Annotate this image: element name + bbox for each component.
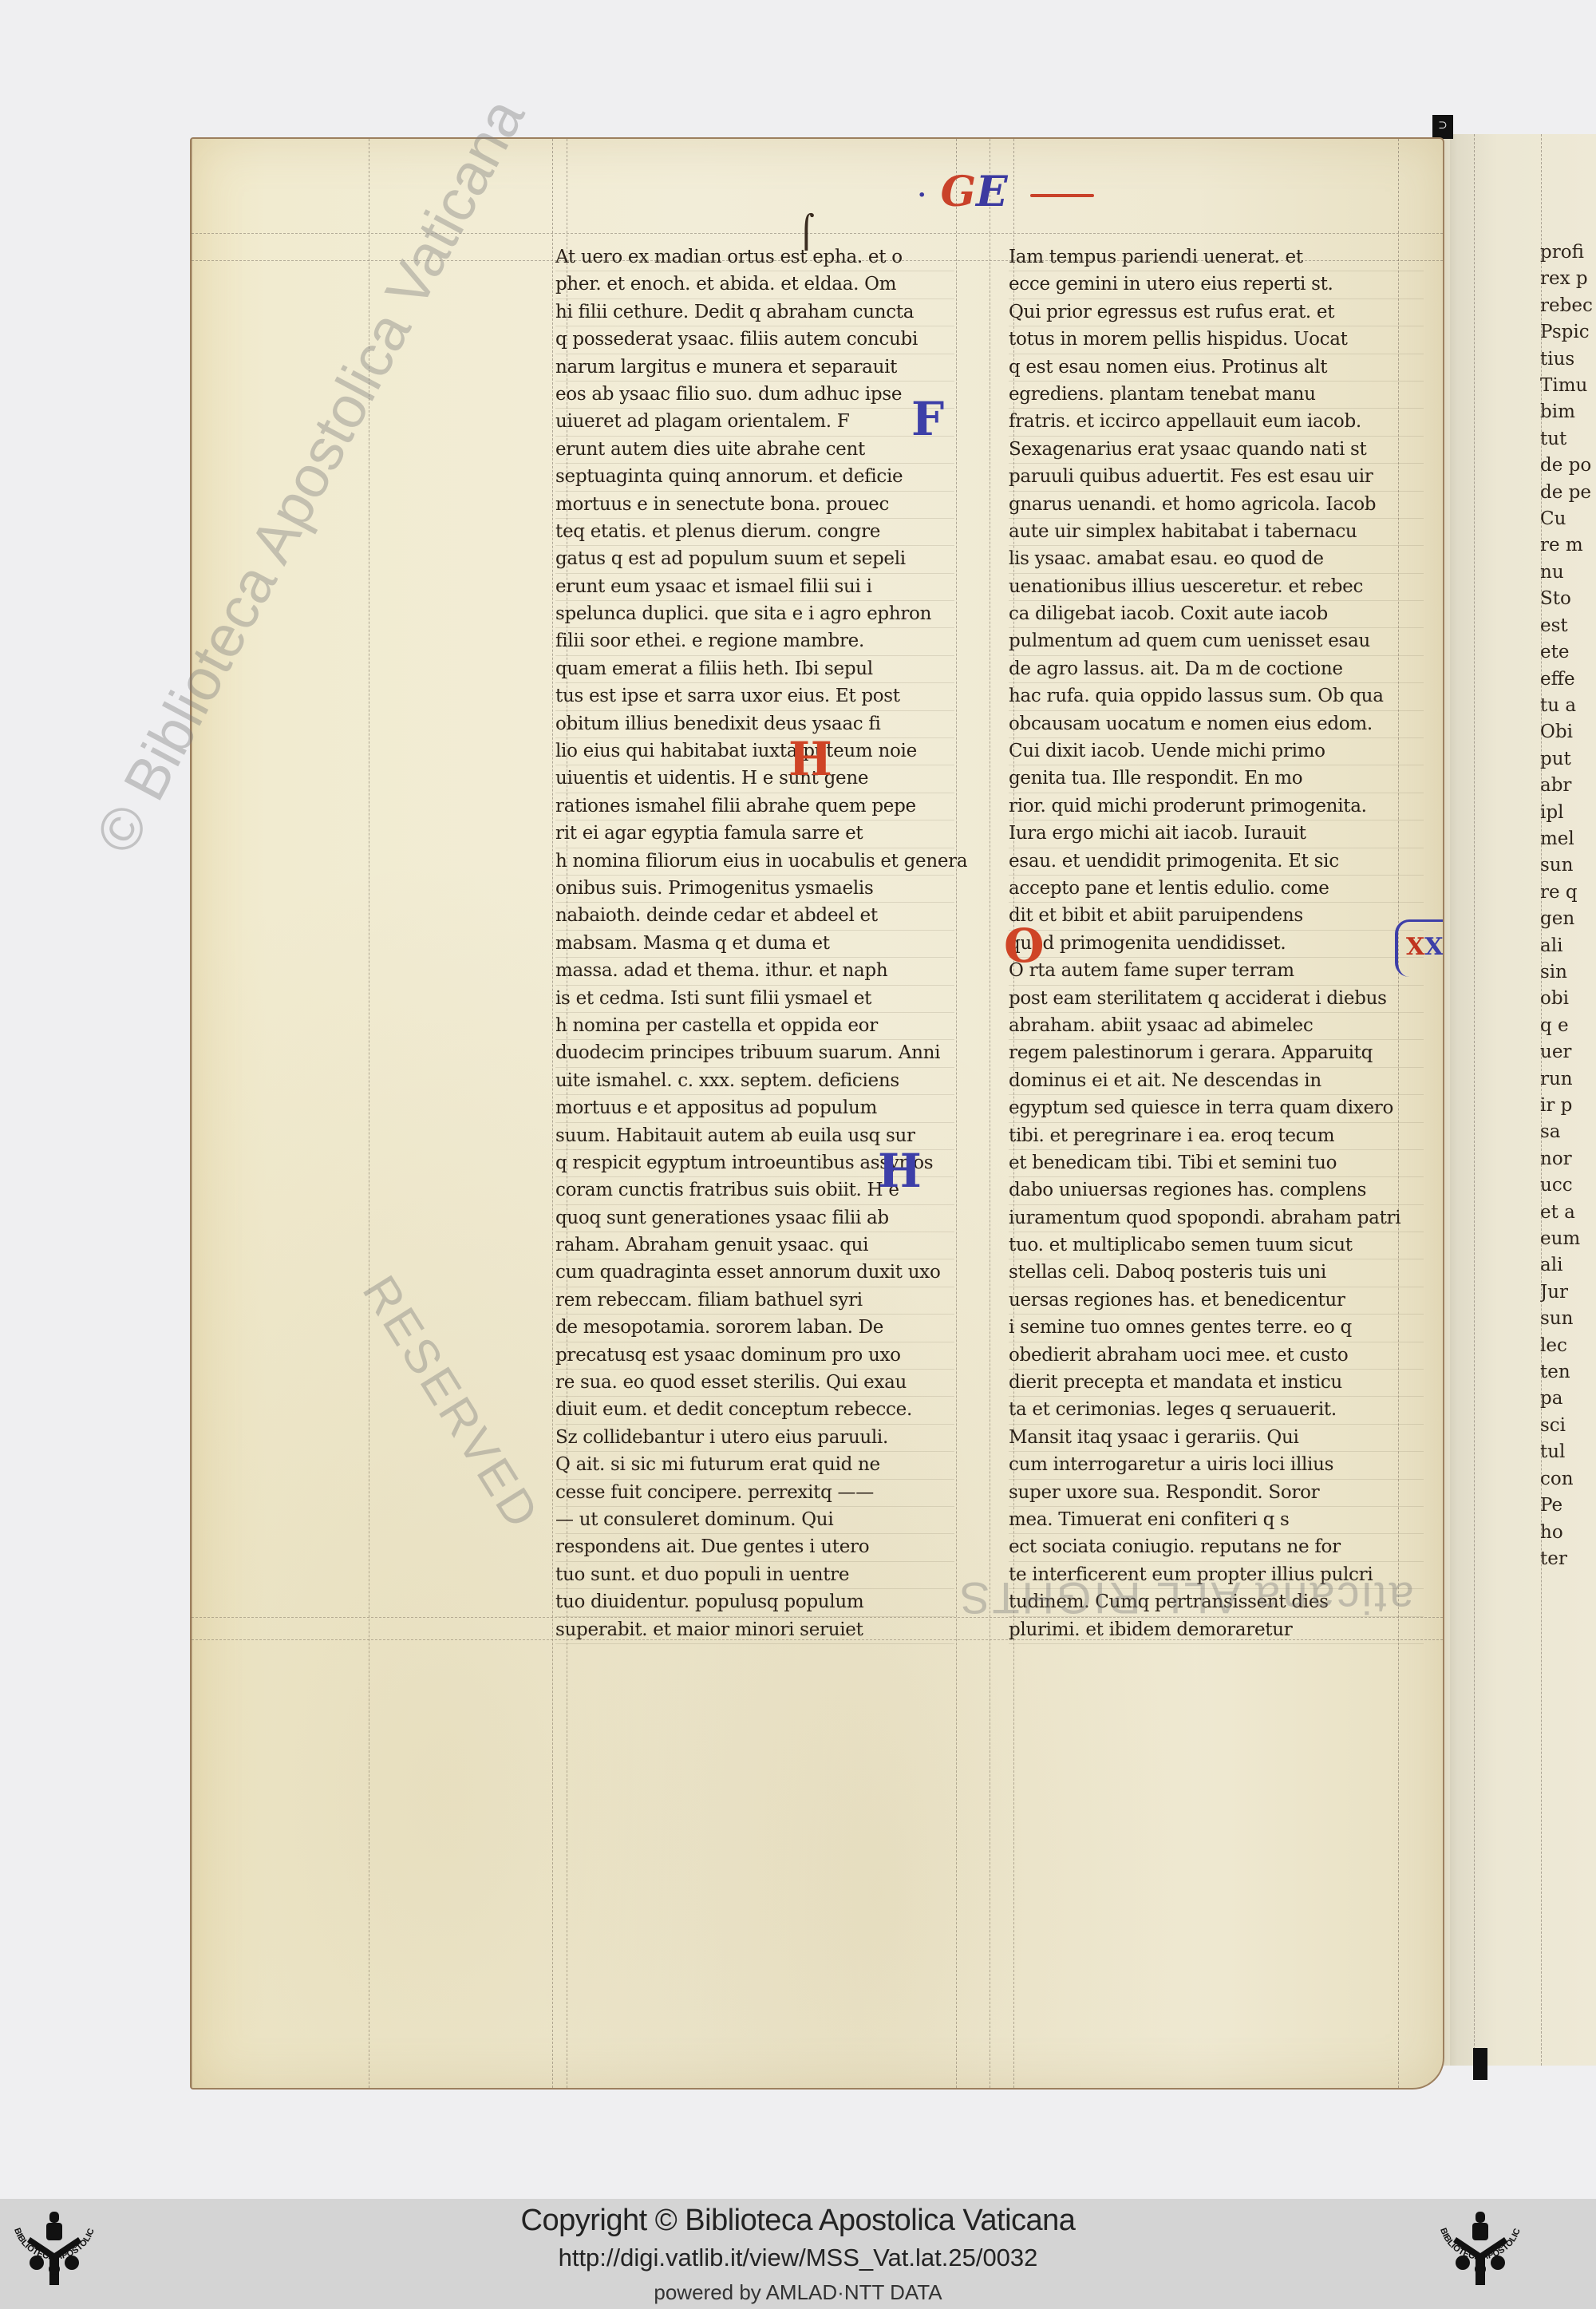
header-flourish xyxy=(1030,194,1094,197)
header-blue-letter: E xyxy=(976,168,1008,216)
facing-text-fragment: tu a xyxy=(1540,693,1596,719)
text-line: ta et cerimonias. leges q seruauerit. xyxy=(1009,1397,1424,1424)
text-line: de mesopotamia. sororem laban. De xyxy=(555,1315,954,1342)
facing-text-fragment: uer xyxy=(1540,1039,1596,1066)
text-line: tuo sunt. et duo populi in uentre xyxy=(555,1562,954,1589)
facing-text-fragment: tul xyxy=(1540,1439,1596,1465)
facing-text-fragment: sci xyxy=(1540,1413,1596,1439)
text-line: plurimi. et ibidem demoraretur xyxy=(1009,1617,1424,1644)
facing-text-fragment: gen xyxy=(1540,906,1596,932)
facing-text-fragment: con xyxy=(1540,1466,1596,1493)
facing-page-text: profirex prebecPspictiusTimubimtutde pod… xyxy=(1540,239,1596,1572)
text-line: Iura ergo michi ait iacob. Iurauit xyxy=(1009,820,1424,848)
text-line: de agro lassus. ait. Da m de coctione xyxy=(1009,656,1424,683)
text-line: tus est ipse et sarra uxor eius. Et post xyxy=(555,683,954,710)
text-line: cum quadraginta esset annorum duxit uxo xyxy=(555,1259,954,1287)
text-line: rior. quid michi proderunt primogenita. xyxy=(1009,793,1424,820)
copyright-footer: BIBLIOTECA APOSTOLICA VATICANA Copyright… xyxy=(0,2199,1596,2309)
facing-text-fragment: Cu xyxy=(1540,506,1596,532)
facing-text-fragment: Obi xyxy=(1540,719,1596,745)
text-column-right: Iam tempus pariendi uenerat. etecce gemi… xyxy=(1009,244,1424,1644)
text-line: uite ismahel. c. xxx. septem. deficiens xyxy=(555,1068,954,1095)
text-line: ecce gemini in utero eius reperti st. xyxy=(1009,271,1424,299)
chapter-mark-red: X xyxy=(1406,933,1424,961)
text-line: respondens ait. Due gentes i utero xyxy=(555,1534,954,1561)
text-line: narum largitus e munera et separauit xyxy=(555,354,954,382)
text-line: At uero ex madian ortus est epha. et o xyxy=(555,244,954,271)
text-line: rem rebeccam. filiam bathuel syri xyxy=(555,1287,954,1315)
text-line: abraham. abiit ysaac ad abimelec xyxy=(1009,1013,1424,1040)
text-line: Mansit itaq ysaac i gerariis. Qui xyxy=(1009,1425,1424,1452)
text-line: mabsam. Masma q et duma et xyxy=(555,931,954,958)
facing-text-fragment: re q xyxy=(1540,880,1596,906)
text-line: spelunca duplici. que sita e i agro ephr… xyxy=(555,601,954,628)
text-line: pher. et enoch. et abida. et eldaa. Om xyxy=(555,271,954,299)
facing-text-fragment: sun xyxy=(1540,852,1596,879)
text-line: dabo uniuersas regiones has. complens xyxy=(1009,1177,1424,1204)
facing-text-fragment: profi xyxy=(1540,239,1596,266)
text-line: ca diligebat iacob. Coxit aute iacob xyxy=(1009,601,1424,628)
text-line: cum interrogaretur a uiris loci illius xyxy=(1009,1452,1424,1479)
text-line: massa. adad et thema. ithur. et naph xyxy=(555,958,954,985)
header-dot: · xyxy=(918,181,926,209)
text-line: mortuus e in senectute bona. prouec xyxy=(555,492,954,519)
ruling-line xyxy=(369,139,369,2088)
text-line: filii soor ethei. e regione mambre. xyxy=(555,628,954,655)
running-header: · GE xyxy=(918,168,1094,216)
text-line: genita tua. Ille respondit. En mo xyxy=(1009,765,1424,793)
text-line: Qui prior egressus est rufus erat. et xyxy=(1009,299,1424,326)
facing-text-fragment: de pe xyxy=(1540,480,1596,506)
text-line: erunt eum ysaac et ismael filii sui i xyxy=(555,574,954,601)
facing-text-fragment: nu xyxy=(1540,559,1596,586)
text-line: i semine tuo omnes gentes terre. eo q xyxy=(1009,1315,1424,1342)
text-line: iuramentum quod spopondi. abraham patri xyxy=(1009,1205,1424,1232)
text-line: cesse fuit concipere. perrexitq —— xyxy=(555,1480,954,1507)
ruling-line xyxy=(552,139,553,2088)
initial-h-red: H xyxy=(788,736,832,782)
facing-text-fragment: Pspic xyxy=(1540,319,1596,346)
text-line: obedierit abraham uoci mee. et custo xyxy=(1009,1342,1424,1370)
ruling-line xyxy=(1474,134,1475,2066)
facing-text-fragment: tius xyxy=(1540,346,1596,373)
chapter-number-mark: XX xyxy=(1395,919,1443,977)
text-line: quod primogenita uendidisset. xyxy=(1009,931,1424,958)
facing-text-fragment: ipl xyxy=(1540,800,1596,826)
text-line: dierit precepta et mandata et insticu xyxy=(1009,1370,1424,1397)
folio-tab-bottom xyxy=(1473,2048,1487,2080)
text-line: onibus suis. Primogenitus ysmaelis xyxy=(555,876,954,903)
facing-text-fragment: tut xyxy=(1540,426,1596,453)
text-line: tudinem. Cumq pertransissent dies xyxy=(1009,1589,1424,1616)
vatican-library-logo-right: BIBLIOTECA APOSTOLICA VATICANA xyxy=(1432,2205,1528,2303)
facing-text-fragment: sun xyxy=(1540,1306,1596,1332)
text-line: uiueret ad plagam orientalem. F xyxy=(555,409,954,436)
text-line: — ut consuleret dominum. Qui xyxy=(555,1507,954,1534)
facing-text-fragment: ucc xyxy=(1540,1172,1596,1199)
text-line: te interficerent eum propter illius pulc… xyxy=(1009,1562,1424,1589)
ruling-line xyxy=(192,139,192,2088)
facing-text-fragment: ali xyxy=(1540,933,1596,959)
facing-text-fragment: et a xyxy=(1540,1200,1596,1226)
text-line: super uxore sua. Respondit. Soror xyxy=(1009,1480,1424,1507)
text-line: duodecim principes tribuum suarum. Anni xyxy=(555,1040,954,1067)
text-line: tuo diuidentur. populusq populum xyxy=(555,1589,954,1616)
facing-text-fragment: obi xyxy=(1540,986,1596,1012)
text-line: O rta autem fame super terram xyxy=(1009,958,1424,985)
text-column-left: At uero ex madian ortus est epha. et oph… xyxy=(555,244,954,1644)
text-line: q est esau nomen eius. Protinus alt xyxy=(1009,354,1424,382)
text-line: fratris. et iccirco appellauit eum iacob… xyxy=(1009,409,1424,436)
text-line: hac rufa. quia oppido lassus sum. Ob qua xyxy=(1009,683,1424,710)
initial-h-blue: H xyxy=(878,1148,922,1194)
text-line: raham. Abraham genuit ysaac. qui xyxy=(555,1232,954,1259)
text-line: pulmentum ad quem cum uenisset esau xyxy=(1009,628,1424,655)
text-line: diuit eum. et dedit conceptum rebecce. xyxy=(555,1397,954,1424)
facing-text-fragment: effe xyxy=(1540,666,1596,693)
facing-text-fragment: est xyxy=(1540,613,1596,639)
text-line: obcausam uocatum e nomen eius edom. xyxy=(1009,711,1424,738)
facing-text-fragment: Timu xyxy=(1540,373,1596,399)
chapter-mark-blue: X xyxy=(1424,933,1443,961)
text-line: uersas regiones has. et benedicentur xyxy=(1009,1287,1424,1315)
facing-text-fragment: Sto xyxy=(1540,586,1596,612)
text-line: Cui dixit iacob. Uende michi primo xyxy=(1009,738,1424,765)
facing-text-fragment: sa xyxy=(1540,1119,1596,1145)
image-viewer[interactable]: profirex prebecPspictiusTimubimtutde pod… xyxy=(0,0,1596,2199)
text-line: lis ysaac. amabat esau. eo quod de xyxy=(1009,546,1424,573)
text-line: uenationibus illius uesceretur. et rebec xyxy=(1009,574,1424,601)
text-line: superabit. et maior minori seruiet xyxy=(555,1617,954,1644)
initial-f-blue: F xyxy=(911,396,944,442)
text-line: stellas celi. Daboq posteris tuis uni xyxy=(1009,1259,1424,1287)
facing-text-fragment: bim xyxy=(1540,399,1596,425)
text-line: eos ab ysaac filio suo. dum adhuc ipse xyxy=(555,382,954,409)
facing-text-fragment: ten xyxy=(1540,1359,1596,1386)
ruling-line xyxy=(956,139,957,2088)
text-line: gnarus uenandi. et homo agricola. Iacob xyxy=(1009,492,1424,519)
text-line: rit ei agar egyptia famula sarre et xyxy=(555,820,954,848)
text-line: lio eius qui habitabat iuxta puteum noie xyxy=(555,738,954,765)
facing-text-fragment: abr xyxy=(1540,773,1596,799)
text-line: septuaginta quinq annorum. et deficie xyxy=(555,464,954,491)
ruling-line xyxy=(990,139,990,2088)
facing-text-fragment: lec xyxy=(1540,1333,1596,1359)
facing-text-fragment: q e xyxy=(1540,1013,1596,1039)
text-line: uiuentis et uidentis. H e sunt gene xyxy=(555,765,954,793)
text-line: quoq sunt generationes ysaac filii ab xyxy=(555,1205,954,1232)
text-line: erunt autem dies uite abrahe cent xyxy=(555,437,954,464)
facing-text-fragment: Jur xyxy=(1540,1279,1596,1306)
header-red-letter: G xyxy=(941,168,976,216)
text-line: mortuus e et appositus ad populum xyxy=(555,1095,954,1122)
text-line: hi filii cethure. Dedit q abraham cuncta xyxy=(555,299,954,326)
text-line: accepto pane et lentis edulio. come xyxy=(1009,876,1424,903)
folio-tab-top: ⊃ xyxy=(1432,115,1453,139)
text-line: rationes ismahel filii abrahe quem pepe xyxy=(555,793,954,820)
text-line: obitum illius benedixit deus ysaac fi xyxy=(555,711,954,738)
initial-o-red: O xyxy=(1004,923,1045,969)
text-line: is et cedma. Isti sunt filii ysmael et xyxy=(555,986,954,1013)
facing-text-fragment: put xyxy=(1540,746,1596,773)
text-line: egrediens. plantam tenebat manu xyxy=(1009,382,1424,409)
text-line: gatus q est ad populum suum et sepeli xyxy=(555,546,954,573)
facing-text-fragment: eum xyxy=(1540,1226,1596,1252)
text-line: mea. Timuerat eni confiteri q s xyxy=(1009,1507,1424,1534)
text-line: Iam tempus pariendi uenerat. et xyxy=(1009,244,1424,271)
facing-text-fragment: rebec xyxy=(1540,293,1596,319)
text-line: tuo. et multiplicabo semen tuum sicut xyxy=(1009,1232,1424,1259)
text-line: dit et bibit et abiit paruipendens xyxy=(1009,903,1424,930)
text-line: dominus ei et ait. Ne descendas in xyxy=(1009,1068,1424,1095)
facing-text-fragment: ali xyxy=(1540,1252,1596,1279)
text-line: teq etatis. et plenus dierum. congre xyxy=(555,519,954,546)
facing-text-fragment: sin xyxy=(1540,959,1596,986)
text-line: totus in morem pellis hispidus. Uocat xyxy=(1009,326,1424,354)
text-line: tibi. et peregrinare i ea. eroq tecum xyxy=(1009,1123,1424,1150)
facing-text-fragment: ho xyxy=(1540,1520,1596,1546)
facing-text-fragment: mel xyxy=(1540,826,1596,852)
text-line: h nomina filiorum eius in uocabulis et g… xyxy=(555,848,954,876)
powered-by-text: powered by AMLAD·NTT DATA xyxy=(0,2280,1596,2305)
manuscript-url[interactable]: http://digi.vatlib.it/view/MSS_Vat.lat.2… xyxy=(0,2244,1596,2272)
facing-text-fragment: ete xyxy=(1540,639,1596,666)
facing-text-fragment: run xyxy=(1540,1066,1596,1093)
text-line: egyptum sed quiesce in terra quam dixero xyxy=(1009,1095,1424,1122)
text-line: re sua. eo quod esset sterilis. Qui exau xyxy=(555,1370,954,1397)
text-line: post eam sterilitatem q acciderat i dieb… xyxy=(1009,986,1424,1013)
text-line: ect sociata coniugio. reputans ne for xyxy=(1009,1534,1424,1561)
text-line: regem palestinorum i gerara. Apparuitq xyxy=(1009,1040,1424,1067)
text-line: esau. et uendidit primogenita. Et sic xyxy=(1009,848,1424,876)
text-line: quam emerat a filiis heth. Ibi sepul xyxy=(555,656,954,683)
text-line: nabaioth. deinde cedar et abdeel et xyxy=(555,903,954,930)
facing-text-fragment: Pe xyxy=(1540,1493,1596,1519)
text-line: aute uir simplex habitabat i tabernacu xyxy=(1009,519,1424,546)
text-line: Sz collidebantur i utero eius paruuli. xyxy=(555,1425,954,1452)
facing-text-fragment: de po xyxy=(1540,453,1596,479)
text-line: paruuli quibus aduertit. Fes est esau ui… xyxy=(1009,464,1424,491)
text-line: Sexagenarius erat ysaac quando nati st xyxy=(1009,437,1424,464)
text-line: q possederat ysaac. filiis autem concubi xyxy=(555,326,954,354)
facing-text-fragment: rex p xyxy=(1540,266,1596,292)
copyright-text: Copyright © Biblioteca Apostolica Vatica… xyxy=(0,2204,1596,2238)
text-line: Q ait. si sic mi futurum erat quid ne xyxy=(555,1452,954,1479)
text-line: precatusq est ysaac dominum pro uxo xyxy=(555,1342,954,1370)
text-line: et benedicam tibi. Tibi et semini tuo xyxy=(1009,1150,1424,1177)
facing-text-fragment: ter xyxy=(1540,1546,1596,1572)
facing-text-fragment: nor xyxy=(1540,1146,1596,1172)
facing-text-fragment: pa xyxy=(1540,1386,1596,1412)
text-line: h nomina per castella et oppida eor xyxy=(555,1013,954,1040)
facing-text-fragment: re m xyxy=(1540,532,1596,559)
facing-text-fragment: ir p xyxy=(1540,1093,1596,1119)
